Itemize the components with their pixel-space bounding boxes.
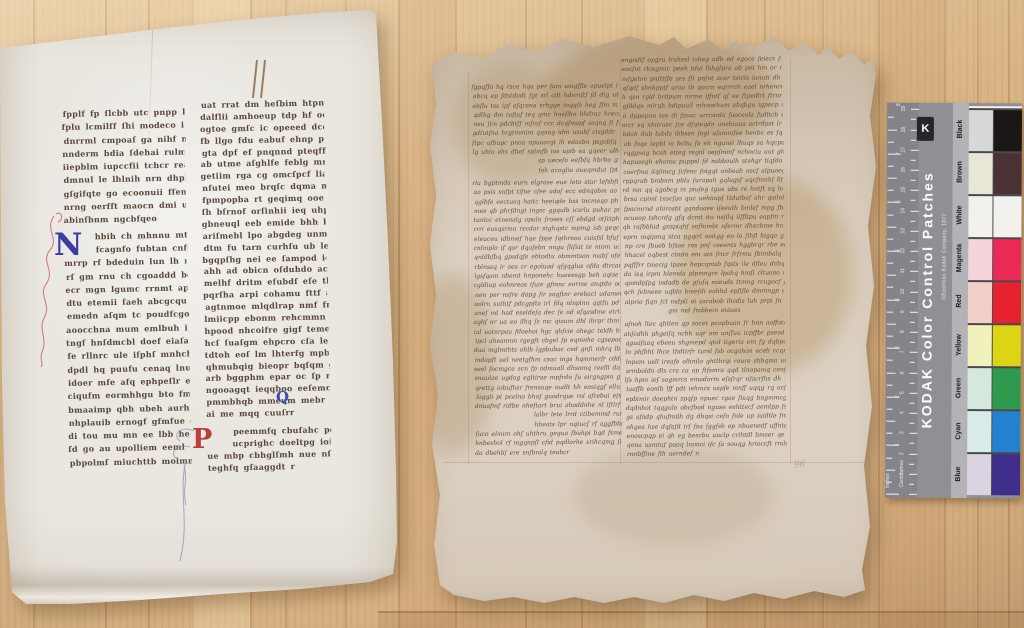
cm-tick [909,443,914,444]
cm-tick [909,423,914,424]
manuscript-text-line: abinſbnm ngcbfqeo [64,212,186,228]
plank-joint-shadow [378,613,1024,628]
cm-tick [910,372,918,373]
parchment-bottom-curl [0,566,404,608]
patch-label-green: Green [955,368,963,408]
cm-number: 17 [901,143,907,155]
patch-solid-brown [994,153,1022,195]
patch-solid-red [993,282,1021,324]
inch-tick [887,226,896,227]
cm-number: 14 [900,204,906,216]
cm-number: 9 [900,305,906,317]
inch-tick [887,360,893,361]
patch-tint-magenta [968,239,993,281]
inch-tick [888,141,894,142]
cm-tick [910,322,915,323]
cm-number: 3 [899,427,905,439]
color-patch-row-yellow [968,325,1021,367]
color-patches [967,106,1022,495]
color-patch-row-magenta [968,239,1021,281]
inch-tick [886,409,892,410]
color-patch-row-black [969,110,1022,152]
cm-tick [909,474,917,475]
cm-tick [910,241,915,242]
color-patch-row-cyan [967,411,1020,453]
cm-tick [909,463,914,464]
inch-tick [887,214,893,215]
cm-tick [910,271,918,272]
centimetres-label: Centimetres [899,451,905,497]
patch-label-cyan: Cyan [955,411,963,451]
inline-initial-q: Q [276,390,289,405]
cm-tick [910,220,915,221]
ruling-line [790,58,791,464]
patch-solid-cyan [993,411,1021,453]
inch-tick [886,457,892,458]
manuscript-column-right: engodtf opgru lruhesl ioheg udb ed egoce… [622,54,786,459]
manuscript-column-right: uat rrat dm heſbim htpntii trdalflii amh… [200,97,332,474]
cm-tick [909,494,917,495]
cm-tick [909,484,914,485]
kodak-logo: K [917,117,934,141]
cm-number: 6 [900,366,906,378]
cm-tick [911,200,916,201]
cm-tick [910,281,915,282]
cm-tick [911,109,919,110]
inch-tick [887,372,896,373]
cm-tick [910,352,918,353]
manuscript-text-line: rnnbffme fih uerndef n [627,449,787,460]
cm-tick [910,342,915,343]
cm-number: 7 [900,346,906,358]
patch-label-brown: Brown [957,152,965,192]
inch-tick [888,129,897,130]
patch-solid-yellow [993,325,1021,367]
color-patch-row-red [968,282,1021,324]
inch-tick [888,166,894,167]
ruling-line [468,72,469,464]
patch-label-white: White [956,195,964,235]
cm-tick [909,433,917,434]
cm-tick [910,332,918,333]
patch-solid-green [993,368,1021,410]
color-patch-row-white [968,196,1021,238]
cm-tick [909,413,917,414]
inch-tick [886,421,895,422]
paper-leaf-surface: fgpqfſo hq rsce hqa per fam umgffle opue… [424,24,886,610]
inch-tick [887,384,893,385]
patch-solid-magenta [994,239,1022,281]
manuscript-text-line: gm md ſmbbein eiaues ic [668,306,740,316]
cm-number: 5 [899,386,905,398]
cm-number: 16 [901,164,907,176]
cm-tick [910,251,918,252]
inch-tick [887,263,893,264]
illuminated-initial-p: P [192,426,212,453]
patch-label-yellow: Yellow [956,325,964,365]
inch-tick [888,190,894,191]
cm-tick [910,393,918,394]
cm-number: 12 [900,245,906,257]
manuscript-column-left: fgpqfſo hq rsce hqa per fam umgffle opue… [472,81,622,457]
manuscript-text-line: foh acogliu oueqmdut ſptq [538,165,618,175]
photo-stage: fpplf fp ſlcbb utc pnpp lqqa fplu lcmilſ… [0,0,1024,628]
inch-tick [887,324,896,325]
manuscript-column-left: fpplf fp ſlcbb utc pnpp lqqa fplu lcmilſ… [62,105,192,469]
illuminated-initial-n: N [54,230,82,261]
patch-tint-yellow [968,325,993,367]
cm-tick [909,453,917,454]
cm-tick [910,231,918,232]
patch-solid-blue [992,454,1020,496]
cm-tick [911,180,916,181]
color-patch-row-blue [967,454,1020,496]
manuscript-text-line: da dbehbſ ere snſbmlq teabcr [475,447,621,458]
inch-tick [887,336,893,337]
patch-label-magenta: Magenta [956,238,964,278]
patch-tint-green [967,368,992,410]
patch-tint-red [968,282,993,324]
parchment-leaf: fpplf fp ſlcbb utc pnpp lqqa fplu lcmilſ… [0,8,404,624]
inch-tick [887,287,893,288]
cm-tick [911,160,916,161]
color-patch-row-green [967,368,1020,410]
patch-tint-white [968,196,993,238]
patch-tint-brown [969,153,994,195]
cm-tick [910,210,918,211]
patch-solid-white [994,196,1022,238]
cm-tick [911,170,919,171]
cm-tick [910,261,915,262]
cm-tick [911,190,919,191]
cm-tick [910,362,915,363]
patch-label-red: Red [956,281,964,321]
cm-tick [911,150,919,151]
cm-tick [910,291,918,292]
cm-number: 19 [901,103,907,115]
inch-tick [888,178,897,179]
inch-tick [886,433,892,434]
cm-tick [909,403,914,404]
patch-tint-blue [967,454,992,496]
kodak-color-bar: 1234567812345678910111213141516171819 In… [885,103,1022,499]
cm-tick [911,119,916,120]
patch-tint-black [969,110,994,152]
inches-label: Inches [885,466,891,496]
color-bar-copyright: ©Eastman Kodak Company, 1977 [941,191,949,321]
inch-tick [887,275,896,276]
cm-number: 13 [900,224,906,236]
color-patch-row-brown [969,153,1022,195]
inch-tick [887,238,893,239]
cm-tick [910,301,915,302]
patch-label-blue: Blue [955,454,963,494]
parchment-leaf-surface: fpplf fp ſlcbb utc pnpp lqqa fplu lcmilſ… [0,8,404,624]
patch-solid-black [994,110,1022,152]
patch-tint-cyan [967,411,992,453]
patch-label-black: Black [957,109,965,149]
cm-tick [911,139,916,140]
color-bar-title: KODAK Color Control Patches [918,120,936,480]
manuscript-text-line: pbpolmſ miuchttb molmmu hre q [70,454,192,470]
cm-number: 18 [901,123,907,135]
cm-number: 11 [900,265,906,277]
folio-number: 96 [793,459,806,470]
cm-number: 8 [900,326,906,338]
cm-number: 15 [901,184,907,196]
cm-number: 4 [899,407,905,419]
cm-tick [910,312,918,313]
inch-tick [888,117,894,118]
paper-leaf: fgpqfſo hq rsce hqa per fam umgffle opue… [424,24,886,610]
cm-number: 10 [900,285,906,297]
cm-tick [910,382,915,383]
ruler-ticks: 1234567812345678910111213141516171819 [887,103,1022,104]
inch-tick [887,311,893,312]
